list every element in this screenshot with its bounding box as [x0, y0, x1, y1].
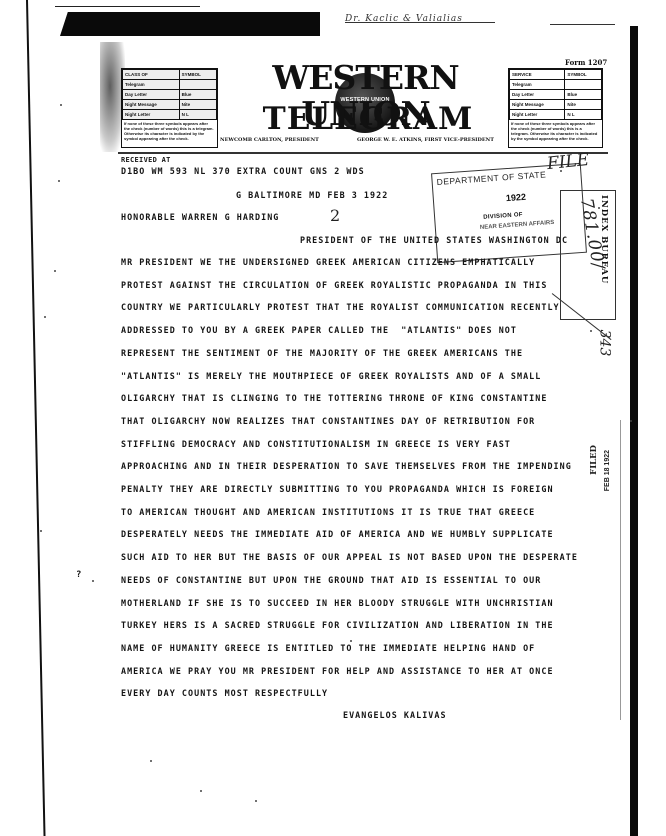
received-at-label: RECEIVED AT — [121, 155, 171, 165]
form-number: Form 1207 — [565, 58, 607, 67]
class-row-label: Night Letter — [123, 110, 180, 120]
body-line: APPROACHING AND IN THEIR DESPERATION TO … — [121, 461, 572, 471]
scan-edge-line — [26, 0, 46, 836]
class-header: SYMBOL — [179, 70, 216, 80]
body-line: PROTEST AGAINST THE CIRCULATION OF GREEK… — [121, 280, 547, 290]
body-line: EVERY DAY COUNTS MOST RESPECTFULLY — [121, 688, 328, 698]
class-row-label: Night Letter — [510, 110, 565, 120]
scan-speck — [560, 170, 562, 172]
body-line: ADDRESSED TO YOU BY A GREEK PAPER CALLED… — [121, 325, 517, 335]
redaction-bar — [60, 12, 320, 36]
scan-speck — [350, 640, 352, 642]
scan-top-rule — [55, 6, 200, 7]
class-header: SERVICE — [510, 70, 565, 80]
body-line: REPRESENT THE SENTIMENT OF THE MAJORITY … — [121, 348, 523, 358]
body-line: TO AMERICAN THOUGHT AND AMERICAN INSTITU… — [121, 507, 535, 517]
received-line: D1BO WM 593 NL 370 EXTRA COUNT GNS 2 WDS — [121, 166, 365, 176]
class-row-label: Night Message — [510, 100, 565, 110]
stamp-department: DEPARTMENT OF STATE — [436, 169, 546, 187]
scan-right-thin-line — [620, 420, 621, 720]
stamp-division: DIVISION OF — [483, 212, 523, 221]
class-row-label: Night Message — [123, 100, 180, 110]
class-row-symbol: Nite — [179, 100, 216, 110]
class-row-symbol: N L — [179, 110, 216, 120]
handwritten-scribble-top: Dr. Kaclic & Valialias — [345, 14, 495, 23]
class-row-symbol: Nite — [565, 100, 602, 110]
scan-speck — [60, 104, 62, 106]
class-row-symbol: Blue — [565, 90, 602, 100]
body-line: AMERICA WE PRAY YOU MR PRESIDENT FOR HEL… — [121, 666, 554, 676]
body-line: MOTHERLAND IF SHE IS TO SUCCEED IN HER B… — [121, 598, 554, 608]
vice-president-name: GEORGE W. E. ATKINS, FIRST VICE-PRESIDEN… — [357, 137, 494, 143]
scan-speck — [150, 760, 152, 762]
stamp-division-name: NEAR EASTERN AFFAIRS — [480, 220, 555, 231]
handwritten-file-mark: FILE — [546, 150, 590, 174]
class-row-symbol — [565, 80, 602, 90]
margin-mark: ? — [76, 570, 82, 580]
stamp-year: 1922 — [506, 192, 527, 203]
origin-line: G BALTIMORE MD FEB 3 1922 — [236, 190, 388, 200]
body-line: PENALTY THEY ARE DIRECTLY SUBMITTING TO … — [121, 484, 554, 494]
scan-speck — [598, 207, 600, 209]
scan-speck — [200, 790, 202, 792]
scan-speck — [255, 800, 257, 802]
scan-speck — [92, 580, 94, 582]
class-note: If none of these three symbols appears a… — [122, 120, 217, 142]
handwritten-underline — [550, 24, 615, 25]
body-line: NEEDS OF CONSTANTINE BUT UPON THE GROUND… — [121, 575, 541, 585]
class-row-symbol: Blue — [179, 90, 216, 100]
president-name: NEWCOMB CARLTON, PRESIDENT — [220, 137, 319, 143]
body-line: TURKEY HERS IS A SACRED STRUGGLE FOR CIV… — [121, 620, 554, 630]
class-row-symbol: N L — [565, 110, 602, 120]
class-note: If none of these three symbols appears a… — [509, 120, 602, 142]
class-row-symbol — [179, 80, 216, 90]
body-line: MR PRESIDENT WE THE UNDERSIGNED GREEK AM… — [121, 257, 535, 267]
class-row-label: Telegram — [123, 80, 180, 90]
scan-speck — [40, 530, 42, 532]
body-line: "ATLANTIS" IS MERELY THE MOUTHPIECE OF G… — [121, 371, 541, 381]
body-line: COUNTRY WE PARTICULARLY PROTEST THAT THE… — [121, 302, 560, 312]
scan-speck — [630, 420, 632, 422]
class-row-label: Day Letter — [123, 90, 180, 100]
scan-right-edge — [630, 26, 638, 836]
class-of-service-box-left: CLASS OF SYMBOL Telegram Day LetterBlue … — [121, 68, 218, 148]
header-divider — [118, 152, 608, 154]
body-line: OLIGARCHY THAT IS CLINGING TO THE TOTTER… — [121, 393, 547, 403]
class-row-label: Day Letter — [510, 90, 565, 100]
class-of-service-box-right: SERVICE SYMBOL Telegram Day LetterBlue N… — [508, 68, 603, 148]
class-header: SYMBOL — [565, 70, 602, 80]
class-header: CLASS OF — [123, 70, 180, 80]
body-line: DESPERATELY NEEDS THE IMMEDIATE AID OF A… — [121, 529, 554, 539]
body-line: NAME OF HUMANITY GREECE IS ENTITLED TO T… — [121, 643, 535, 653]
page-mark: 2 — [330, 206, 340, 225]
scan-speck — [44, 316, 46, 318]
telegram-title: TELEGRAM — [258, 102, 478, 136]
signature: EVANGELOS KALIVAS — [343, 710, 447, 720]
addressee-title: PRESIDENT OF THE UNITED STATES WASHINGTO… — [300, 235, 568, 245]
filed-stamp: FILED — [590, 445, 599, 475]
filed-date: FEB 18 1922 — [604, 450, 611, 491]
scan-speck — [58, 180, 60, 182]
class-row-label: Telegram — [510, 80, 565, 90]
body-line: SUCH AID TO HER BUT THE BASIS OF OUR APP… — [121, 552, 578, 562]
body-line: THAT OLIGARCHY NOW REALIZES THAT CONSTAN… — [121, 416, 535, 426]
scan-speck — [54, 270, 56, 272]
scan-speck — [590, 330, 592, 332]
body-line: STIFFLING DEMOCRACY AND CONSTITUTIONALIS… — [121, 439, 511, 449]
addressee: HONORABLE WARREN G HARDING — [121, 212, 279, 222]
